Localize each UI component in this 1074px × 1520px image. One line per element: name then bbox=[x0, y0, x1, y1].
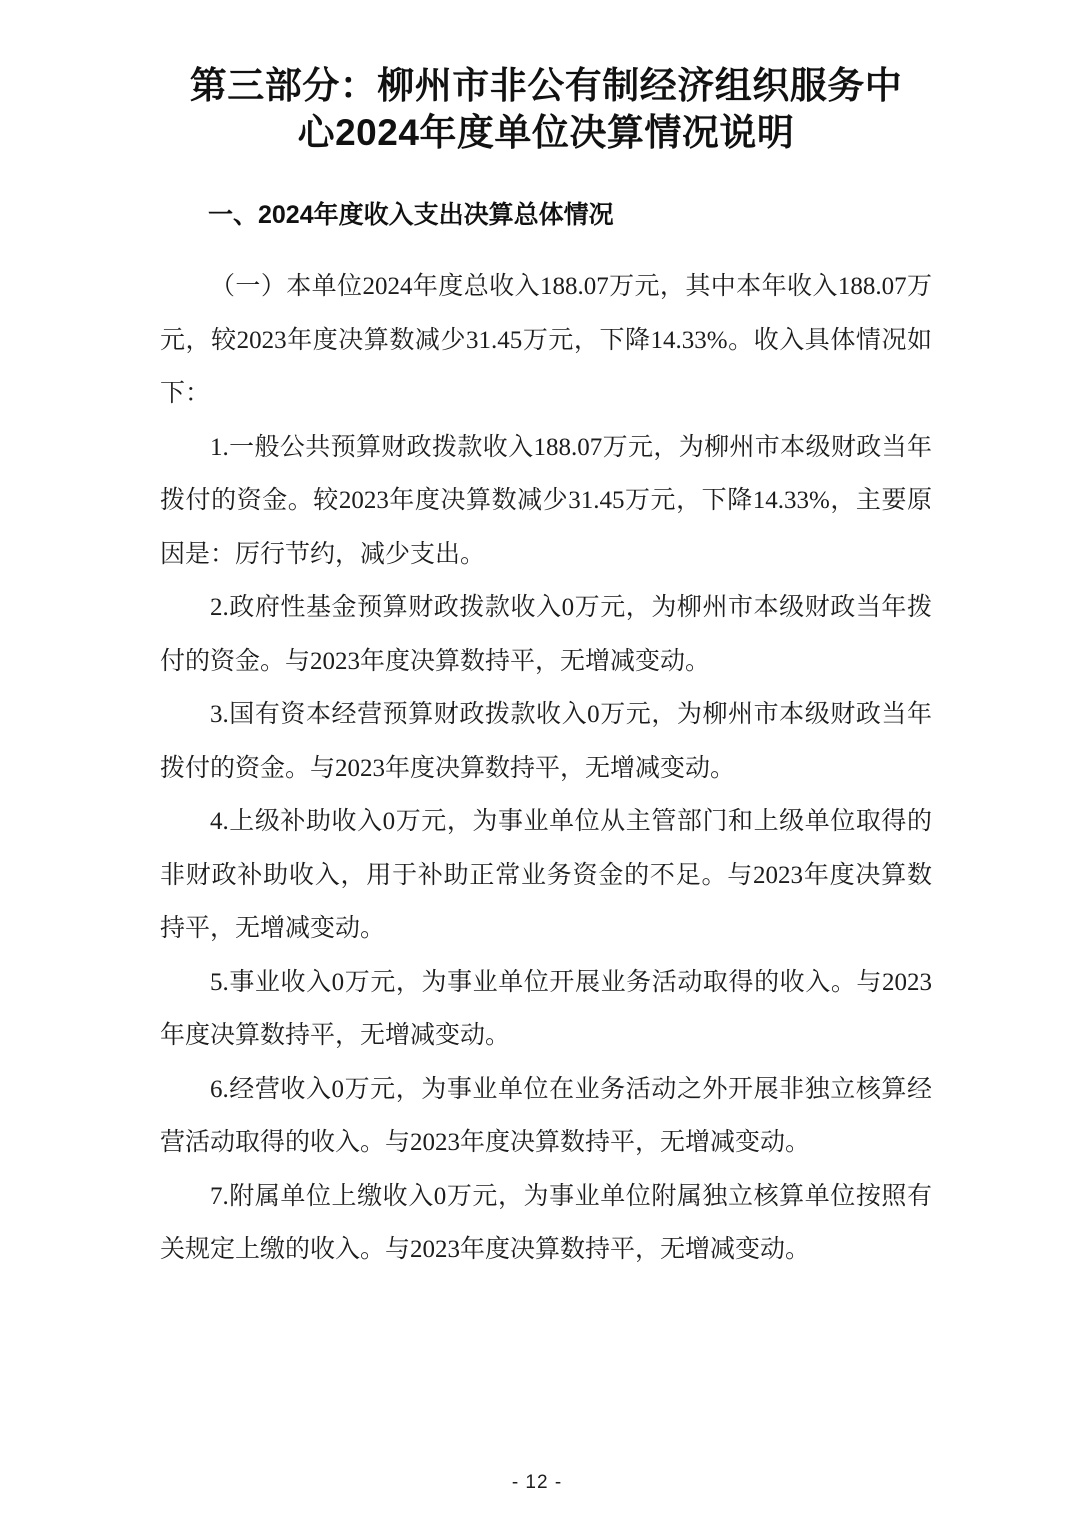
document-page: 第三部分：柳州市非公有制经济组织服务中 心2024年度单位决算情况说明 一、20… bbox=[0, 0, 1074, 1520]
document-paragraph: 4.上级补助收入0万元，为事业单位从主管部门和上级单位取得的非财政补助收入，用于… bbox=[160, 795, 932, 956]
document-paragraph: 7.附属单位上缴收入0万元，为事业单位附属独立核算单位按照有关规定上缴的收入。与… bbox=[160, 1170, 932, 1277]
document-paragraph: 5.事业收入0万元，为事业单位开展业务活动取得的收入。与2023年度决算数持平，… bbox=[160, 956, 932, 1063]
document-paragraph: （一）本单位2024年度总收入188.07万元，其中本年收入188.07万元，较… bbox=[160, 260, 932, 421]
page-number: - 12 - bbox=[0, 1472, 1074, 1494]
document-title: 第三部分：柳州市非公有制经济组织服务中 心2024年度单位决算情况说明 bbox=[160, 62, 932, 156]
document-title-line-1: 第三部分：柳州市非公有制经济组织服务中 bbox=[160, 62, 932, 109]
document-paragraph: 6.经营收入0万元，为事业单位在业务活动之外开展非独立核算经营活动取得的收入。与… bbox=[160, 1063, 932, 1170]
document-title-line-2: 心2024年度单位决算情况说明 bbox=[160, 109, 932, 156]
document-paragraph: 1.一般公共预算财政拨款收入188.07万元，为柳州市本级财政当年拨付的资金。较… bbox=[160, 421, 932, 582]
document-paragraph: 2.政府性基金预算财政拨款收入0万元，为柳州市本级财政当年拨付的资金。与2023… bbox=[160, 581, 932, 688]
section-heading: 一、2024年度收入支出决算总体情况 bbox=[208, 200, 932, 230]
document-body: （一）本单位2024年度总收入188.07万元，其中本年收入188.07万元，较… bbox=[160, 260, 932, 1277]
document-paragraph: 3.国有资本经营预算财政拨款收入0万元，为柳州市本级财政当年拨付的资金。与202… bbox=[160, 688, 932, 795]
